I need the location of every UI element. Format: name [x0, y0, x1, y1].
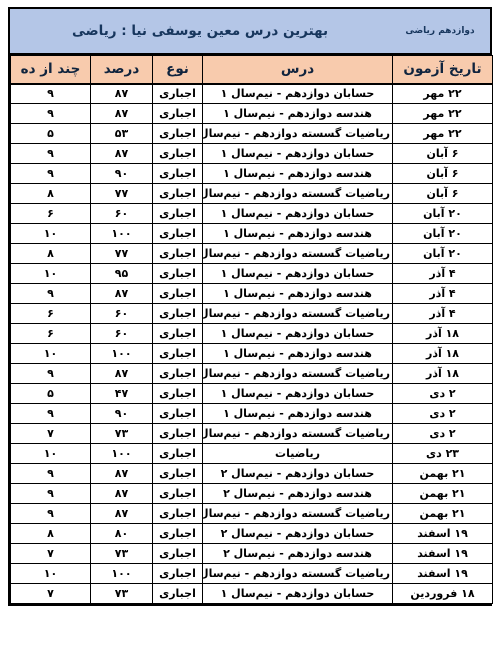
cell-date: ۲۲ مهر [393, 84, 493, 104]
cell-percent: ۹۰ [91, 164, 153, 184]
cell-date: ۱۹ اسفند [393, 524, 493, 544]
cell-lesson: حسابان دوازدهم - نیم‌سال ۱ [203, 204, 393, 224]
cell-percent: ۱۰۰ [91, 564, 153, 584]
cell-date: ۲ دی [393, 384, 493, 404]
cell-out-of-ten: ۸ [11, 244, 91, 264]
cell-out-of-ten: ۹ [11, 84, 91, 104]
cell-date: ۱۹ اسفند [393, 544, 493, 564]
cell-date: ۲ دی [393, 404, 493, 424]
cell-date: ۱۸ آذر [393, 344, 493, 364]
cell-lesson: هندسه دوازدهم - نیم‌سال ۱ [203, 344, 393, 364]
cell-date: ۶ آبان [393, 144, 493, 164]
column-header-type: نوع [153, 56, 203, 84]
cell-percent: ۶۰ [91, 204, 153, 224]
cell-lesson: هندسه دوازدهم - نیم‌سال ۲ [203, 544, 393, 564]
cell-lesson: هندسه دوازدهم - نیم‌سال ۱ [203, 164, 393, 184]
cell-percent: ۹۵ [91, 264, 153, 284]
cell-percent: ۸۷ [91, 504, 153, 524]
cell-percent: ۱۰۰ [91, 444, 153, 464]
cell-percent: ۷۳ [91, 424, 153, 444]
cell-out-of-ten: ۱۰ [11, 264, 91, 284]
cell-type: اجباری [153, 104, 203, 124]
cell-out-of-ten: ۹ [11, 284, 91, 304]
cell-out-of-ten: ۸ [11, 524, 91, 544]
table-row: ۲۱ بهمنهندسه دوازدهم - نیم‌سال ۲اجباری۸۷… [11, 484, 493, 504]
cell-date: ۲۰ آبان [393, 204, 493, 224]
cell-percent: ۷۳ [91, 544, 153, 564]
scores-table: تاریخ آزمون درس نوع درصد چند از ده ۲۲ مه… [10, 55, 493, 604]
cell-out-of-ten: ۹ [11, 164, 91, 184]
cell-percent: ۹۰ [91, 404, 153, 424]
table-row: ۱۹ اسفندریاضیات گسسته دوازدهم - نیم‌سال … [11, 564, 493, 584]
cell-percent: ۸۷ [91, 484, 153, 504]
table-row: ۱۸ آذرهندسه دوازدهم - نیم‌سال ۱اجباری۱۰۰… [11, 344, 493, 364]
cell-lesson: هندسه دوازدهم - نیم‌سال ۱ [203, 284, 393, 304]
table-row: ۲۱ بهمنریاضیات گسسته دوازدهم - نیم‌سال ۲… [11, 504, 493, 524]
column-header-out-of-ten: چند از ده [11, 56, 91, 84]
cell-percent: ۴۷ [91, 384, 153, 404]
cell-out-of-ten: ۱۰ [11, 564, 91, 584]
cell-lesson: حسابان دوازدهم - نیم‌سال ۲ [203, 524, 393, 544]
cell-date: ۲۰ آبان [393, 224, 493, 244]
cell-lesson: ریاضیات گسسته دوازدهم - نیم‌سال ۱ [203, 124, 393, 144]
cell-percent: ۱۰۰ [91, 224, 153, 244]
column-header-lesson: درس [203, 56, 393, 84]
cell-date: ۲۱ بهمن [393, 504, 493, 524]
table-row: ۲۰ آبانهندسه دوازدهم - نیم‌سال ۱اجباری۱۰… [11, 224, 493, 244]
cell-date: ۲۱ بهمن [393, 464, 493, 484]
cell-type: اجباری [153, 484, 203, 504]
cell-type: اجباری [153, 184, 203, 204]
report-title: بهترین درس معین یوسفی نیا : ریاضی [10, 23, 390, 39]
cell-out-of-ten: ۹ [11, 504, 91, 524]
cell-out-of-ten: ۷ [11, 544, 91, 564]
cell-type: اجباری [153, 444, 203, 464]
cell-lesson: ریاضیات گسسته دوازدهم - نیم‌سال ۱ [203, 244, 393, 264]
cell-type: اجباری [153, 284, 203, 304]
cell-type: اجباری [153, 244, 203, 264]
cell-date: ۱۸ آذر [393, 364, 493, 384]
cell-out-of-ten: ۵ [11, 384, 91, 404]
cell-date: ۴ آذر [393, 284, 493, 304]
cell-lesson: حسابان دوازدهم - نیم‌سال ۲ [203, 464, 393, 484]
cell-percent: ۷۷ [91, 184, 153, 204]
table-row: ۴ آذرریاضیات گسسته دوازدهم - نیم‌سال ۱اج… [11, 304, 493, 324]
cell-lesson: حسابان دوازدهم - نیم‌سال ۱ [203, 584, 393, 604]
cell-type: اجباری [153, 504, 203, 524]
cell-lesson: ریاضیات [203, 444, 393, 464]
exam-report: دوازدهم ریاضی بهترین درس معین یوسفی نیا … [8, 7, 492, 606]
cell-lesson: هندسه دوازدهم - نیم‌سال ۱ [203, 104, 393, 124]
cell-type: اجباری [153, 204, 203, 224]
table-row: ۲ دیریاضیات گسسته دوازدهم - نیم‌سال ۱اجب… [11, 424, 493, 444]
cell-out-of-ten: ۹ [11, 484, 91, 504]
cell-date: ۶ آبان [393, 164, 493, 184]
cell-percent: ۸۷ [91, 84, 153, 104]
table-row: ۶ آبانحسابان دوازدهم - نیم‌سال ۱اجباری۸۷… [11, 144, 493, 164]
table-row: ۴ آذرحسابان دوازدهم - نیم‌سال ۱اجباری۹۵۱… [11, 264, 493, 284]
cell-lesson: هندسه دوازدهم - نیم‌سال ۱ [203, 404, 393, 424]
cell-type: اجباری [153, 424, 203, 444]
cell-lesson: ریاضیات گسسته دوازدهم - نیم‌سال ۱ [203, 184, 393, 204]
cell-lesson: ریاضیات گسسته دوازدهم - نیم‌سال ۲ [203, 504, 393, 524]
cell-date: ۲۳ دی [393, 444, 493, 464]
table-body: ۲۲ مهرحسابان دوازدهم - نیم‌سال ۱اجباری۸۷… [11, 84, 493, 604]
table-row: ۱۹ اسفندحسابان دوازدهم - نیم‌سال ۲اجباری… [11, 524, 493, 544]
cell-date: ۲۰ آبان [393, 244, 493, 264]
cell-type: اجباری [153, 364, 203, 384]
cell-percent: ۵۳ [91, 124, 153, 144]
cell-lesson: حسابان دوازدهم - نیم‌سال ۱ [203, 324, 393, 344]
cell-type: اجباری [153, 384, 203, 404]
cell-lesson: حسابان دوازدهم - نیم‌سال ۱ [203, 144, 393, 164]
cell-percent: ۶۰ [91, 304, 153, 324]
cell-date: ۴ آذر [393, 304, 493, 324]
cell-percent: ۸۷ [91, 104, 153, 124]
cell-out-of-ten: ۶ [11, 324, 91, 344]
cell-date: ۱۸ فروردین [393, 584, 493, 604]
cell-type: اجباری [153, 164, 203, 184]
cell-out-of-ten: ۸ [11, 184, 91, 204]
cell-out-of-ten: ۶ [11, 204, 91, 224]
cell-out-of-ten: ۱۰ [11, 444, 91, 464]
table-row: ۲۳ دیریاضیاتاجباری۱۰۰۱۰ [11, 444, 493, 464]
cell-lesson: حسابان دوازدهم - نیم‌سال ۱ [203, 264, 393, 284]
cell-date: ۲۲ مهر [393, 124, 493, 144]
table-row: ۲۲ مهرریاضیات گسسته دوازدهم - نیم‌سال ۱ا… [11, 124, 493, 144]
cell-lesson: ریاضیات گسسته دوازدهم - نیم‌سال ۱ [203, 304, 393, 324]
cell-lesson: ریاضیات گسسته دوازدهم - نیم‌سال ۲ [203, 564, 393, 584]
table-row: ۱۸ فروردینحسابان دوازدهم - نیم‌سال ۱اجبا… [11, 584, 493, 604]
cell-percent: ۸۷ [91, 284, 153, 304]
cell-type: اجباری [153, 264, 203, 284]
table-row: ۲۱ بهمنحسابان دوازدهم - نیم‌سال ۲اجباری۸… [11, 464, 493, 484]
cell-date: ۲۱ بهمن [393, 484, 493, 504]
table-row: ۲ دیهندسه دوازدهم - نیم‌سال ۱اجباری۹۰۹ [11, 404, 493, 424]
column-header-date: تاریخ آزمون [393, 56, 493, 84]
cell-lesson: ریاضیات گسسته دوازدهم - نیم‌سال ۱ [203, 424, 393, 444]
cell-type: اجباری [153, 584, 203, 604]
table-row: ۲۰ آبانریاضیات گسسته دوازدهم - نیم‌سال ۱… [11, 244, 493, 264]
cell-percent: ۱۰۰ [91, 344, 153, 364]
report-header: دوازدهم ریاضی بهترین درس معین یوسفی نیا … [10, 9, 490, 55]
cell-lesson: حسابان دوازدهم - نیم‌سال ۱ [203, 384, 393, 404]
cell-percent: ۸۷ [91, 144, 153, 164]
table-row: ۴ آذرهندسه دوازدهم - نیم‌سال ۱اجباری۸۷۹ [11, 284, 493, 304]
table-row: ۶ آبانهندسه دوازدهم - نیم‌سال ۱اجباری۹۰۹ [11, 164, 493, 184]
cell-type: اجباری [153, 404, 203, 424]
cell-percent: ۸۰ [91, 524, 153, 544]
cell-date: ۶ آبان [393, 184, 493, 204]
cell-lesson: هندسه دوازدهم - نیم‌سال ۲ [203, 484, 393, 504]
cell-type: اجباری [153, 304, 203, 324]
cell-type: اجباری [153, 324, 203, 344]
cell-type: اجباری [153, 524, 203, 544]
table-row: ۱۸ آذرریاضیات گسسته دوازدهم - نیم‌سال ۱ا… [11, 364, 493, 384]
cell-type: اجباری [153, 144, 203, 164]
cell-out-of-ten: ۵ [11, 124, 91, 144]
cell-type: اجباری [153, 544, 203, 564]
cell-lesson: حسابان دوازدهم - نیم‌سال ۱ [203, 84, 393, 104]
cell-date: ۴ آذر [393, 264, 493, 284]
cell-type: اجباری [153, 84, 203, 104]
table-row: ۲۲ مهرهندسه دوازدهم - نیم‌سال ۱اجباری۸۷۹ [11, 104, 493, 124]
cell-lesson: ریاضیات گسسته دوازدهم - نیم‌سال ۱ [203, 364, 393, 384]
cell-type: اجباری [153, 464, 203, 484]
cell-percent: ۶۰ [91, 324, 153, 344]
cell-out-of-ten: ۹ [11, 404, 91, 424]
cell-date: ۱۹ اسفند [393, 564, 493, 584]
table-header-row: تاریخ آزمون درس نوع درصد چند از ده [11, 56, 493, 84]
table-row: ۱۸ آذرحسابان دوازدهم - نیم‌سال ۱اجباری۶۰… [11, 324, 493, 344]
cell-type: اجباری [153, 344, 203, 364]
table-row: ۶ آبانریاضیات گسسته دوازدهم - نیم‌سال ۱ا… [11, 184, 493, 204]
cell-date: ۲۲ مهر [393, 104, 493, 124]
cell-type: اجباری [153, 564, 203, 584]
cell-out-of-ten: ۶ [11, 304, 91, 324]
cell-out-of-ten: ۹ [11, 144, 91, 164]
cell-out-of-ten: ۱۰ [11, 224, 91, 244]
table-row: ۱۹ اسفندهندسه دوازدهم - نیم‌سال ۲اجباری۷… [11, 544, 493, 564]
cell-lesson: هندسه دوازدهم - نیم‌سال ۱ [203, 224, 393, 244]
grade-label: دوازدهم ریاضی [390, 26, 490, 36]
cell-out-of-ten: ۷ [11, 424, 91, 444]
cell-out-of-ten: ۷ [11, 584, 91, 604]
cell-percent: ۷۳ [91, 584, 153, 604]
cell-type: اجباری [153, 224, 203, 244]
cell-percent: ۸۷ [91, 464, 153, 484]
cell-type: اجباری [153, 124, 203, 144]
cell-percent: ۷۷ [91, 244, 153, 264]
cell-date: ۱۸ آذر [393, 324, 493, 344]
table-row: ۲۰ آبانحسابان دوازدهم - نیم‌سال ۱اجباری۶… [11, 204, 493, 224]
cell-out-of-ten: ۱۰ [11, 344, 91, 364]
table-row: ۲۲ مهرحسابان دوازدهم - نیم‌سال ۱اجباری۸۷… [11, 84, 493, 104]
cell-out-of-ten: ۹ [11, 104, 91, 124]
table-row: ۲ دیحسابان دوازدهم - نیم‌سال ۱اجباری۴۷۵ [11, 384, 493, 404]
cell-date: ۲ دی [393, 424, 493, 444]
cell-percent: ۸۷ [91, 364, 153, 384]
cell-out-of-ten: ۹ [11, 464, 91, 484]
column-header-percent: درصد [91, 56, 153, 84]
cell-out-of-ten: ۹ [11, 364, 91, 384]
